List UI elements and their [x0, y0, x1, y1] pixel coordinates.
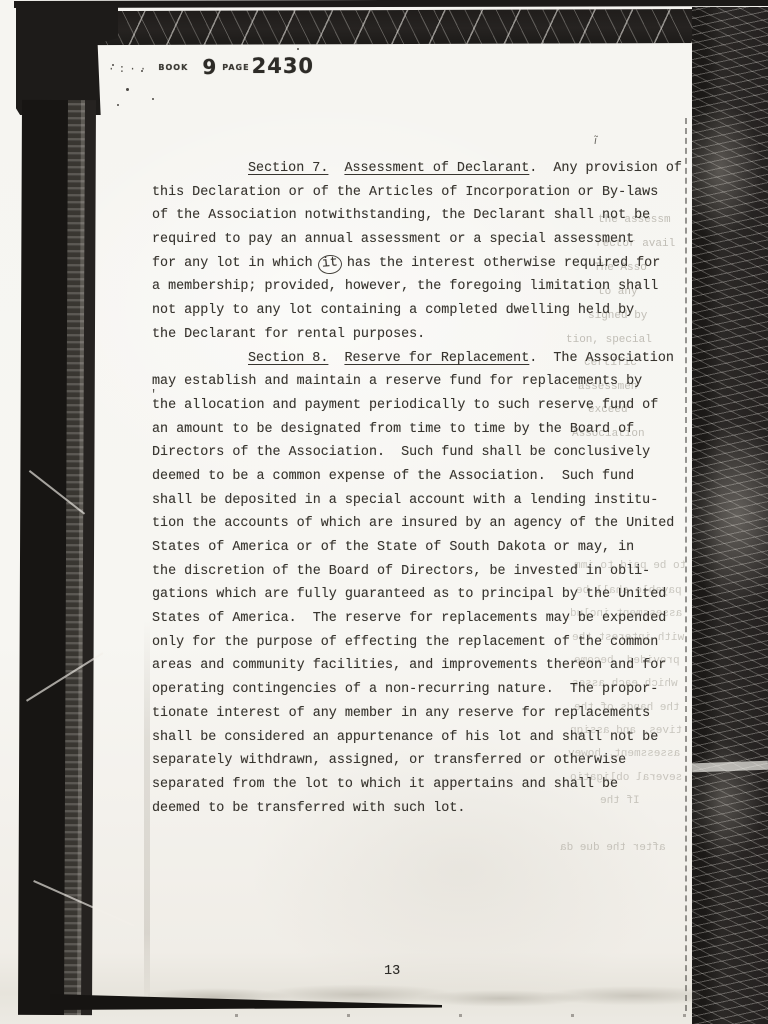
speckle-dot	[126, 88, 129, 91]
stamp-book-label: BOOK	[158, 63, 188, 72]
text-line: areas and community facilities, and impr…	[152, 654, 668, 678]
stamp-page-number: 2430	[252, 54, 314, 78]
ghost-text-fragment: after the due da	[560, 842, 666, 854]
stamp-page-label: PAGE	[222, 63, 249, 72]
text-line: States of America or of the State of Sou…	[152, 536, 668, 560]
scan-artifact-top-edge	[46, 9, 768, 46]
scanned-document-page: ·:·· BOOK 9 PAGE 2430 ĩ ' the assessmrec…	[0, 0, 768, 1024]
text-line: shall be considered an appurtenance of h…	[152, 726, 668, 750]
text-line: separated from the lot to which it apper…	[152, 773, 668, 797]
text-line: the Declarant for rental purposes.	[152, 323, 668, 347]
scan-artifact-right-edge	[692, 7, 768, 1024]
text-line: may establish and maintain a reserve fun…	[152, 370, 668, 394]
text-line: an amount to be designated from time to …	[152, 418, 668, 442]
book-page-stamp: ·:·· BOOK 9 PAGE 2430	[108, 50, 314, 84]
stamp-book-number: 9	[202, 55, 216, 79]
text-line: tionate interest of any member in any re…	[152, 702, 668, 726]
text-line: this Declaration or of the Articles of I…	[152, 181, 668, 205]
text-line: gations which are fully guaranteed as to…	[152, 583, 668, 607]
text-line: a membership; provided, however, the for…	[152, 275, 668, 299]
text-line: tion the accounts of which are insured b…	[152, 512, 668, 536]
page-number: 13	[384, 964, 400, 979]
scan-artifact-fold-shadow	[144, 620, 150, 1012]
text-line: of the Association notwithstanding, the …	[152, 204, 668, 228]
text-line: not apply to any lot containing a comple…	[152, 299, 668, 323]
scan-artifact-top-left-corner	[16, 5, 118, 115]
text-line: Section 8. Reserve for Replacement. The …	[152, 347, 668, 371]
text-line: Section 7. Assessment of Declarant. Any …	[152, 157, 668, 181]
text-line: the allocation and payment periodically …	[152, 394, 668, 418]
text-line: States of America. The reserve for repla…	[152, 607, 668, 631]
speckle-dot	[152, 98, 154, 100]
text-line: shall be deposited in a special account …	[152, 489, 668, 513]
text-line: required to pay an annual assessment or …	[152, 228, 668, 252]
document-body: Section 7. Assessment of Declarant. Any …	[152, 157, 668, 820]
text-line: separately withdrawn, assigned, or trans…	[152, 749, 668, 773]
handwritten-mark: ĩ	[593, 134, 598, 147]
text-line: deemed to be a common expense of the Ass…	[152, 465, 668, 489]
text-line: deemed to be transferred with such lot.	[152, 797, 668, 821]
stamp-ink-dots: ·:··	[108, 64, 150, 76]
scan-artifact-top-thin-line	[14, 0, 768, 8]
text-line: only for the purpose of effecting the re…	[152, 631, 668, 655]
speckle-dot	[117, 104, 119, 106]
text-line: for any lot in which it has the interest…	[152, 252, 668, 276]
text-line: operating contingencies of a non-recurri…	[152, 678, 668, 702]
text-line: Directors of the Association. Such fund …	[152, 441, 668, 465]
scan-artifact-bottom-dashes	[180, 1014, 740, 1017]
scan-artifact-left-edge	[18, 100, 96, 1015]
circled-word-annotation: it	[317, 254, 343, 275]
text-line: the discretion of the Board of Directors…	[152, 560, 668, 584]
